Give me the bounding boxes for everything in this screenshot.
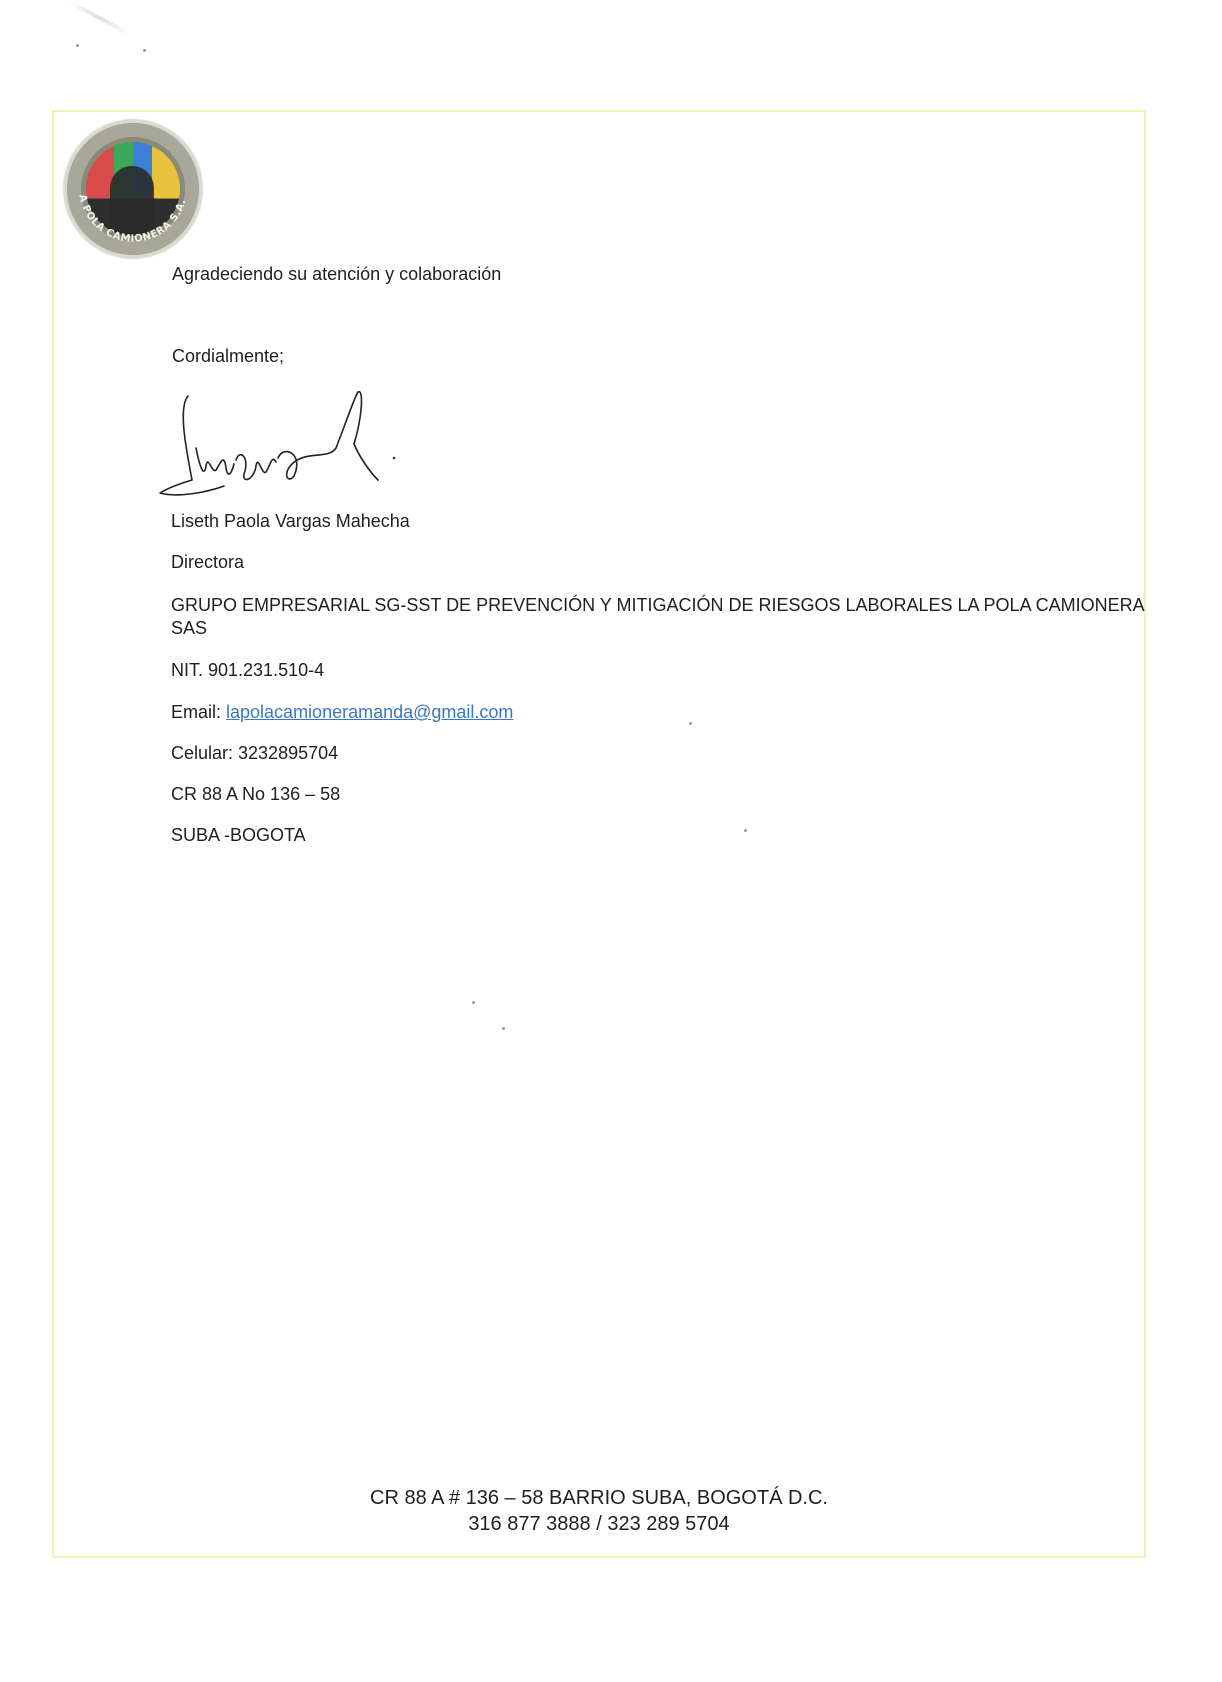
scan-speck: [143, 49, 146, 52]
street-address: CR 88 A No 136 – 58: [171, 783, 340, 805]
email-line: Email: lapolacamioneramanda@gmail.com: [171, 701, 513, 723]
city: SUBA -BOGOTA: [171, 824, 306, 846]
email-label: Email:: [171, 702, 226, 722]
signature-icon: [158, 388, 418, 503]
footer-address: CR 88 A # 136 – 58 BARRIO SUBA, BOGOTÁ D…: [52, 1485, 1146, 1511]
email-link[interactable]: lapolacamioneramanda@gmail.com: [226, 702, 513, 722]
logo-ring-text: LA POLA CAMIONERA S.A.S.: [64, 120, 202, 258]
footer-phones: 316 877 3888 / 323 289 5704: [52, 1511, 1146, 1537]
svg-text:LA POLA CAMIONERA S.A.S.: LA POLA CAMIONERA S.A.S.: [64, 120, 188, 245]
company-seal-logo-icon: LA POLA CAMIONERA S.A.S.: [64, 120, 202, 258]
logo-ring-label: LA POLA CAMIONERA S.A.S.: [64, 120, 188, 245]
salutation: Cordialmente;: [172, 345, 284, 367]
cell-phone: Celular: 3232895704: [171, 742, 338, 764]
signer-name: Liseth Paola Vargas Mahecha: [171, 510, 410, 532]
company-name-line1: GRUPO EMPRESARIAL SG-SST DE PREVENCIÓN Y…: [171, 594, 1145, 616]
company-nit: NIT. 901.231.510-4: [171, 659, 324, 681]
scan-speck: [76, 44, 79, 47]
company-name-line2: SAS: [171, 617, 207, 639]
scan-artifact: [68, 0, 132, 36]
signer-title: Directora: [171, 551, 244, 573]
closing-thanks: Agradeciendo su atención y colaboración: [172, 263, 501, 285]
